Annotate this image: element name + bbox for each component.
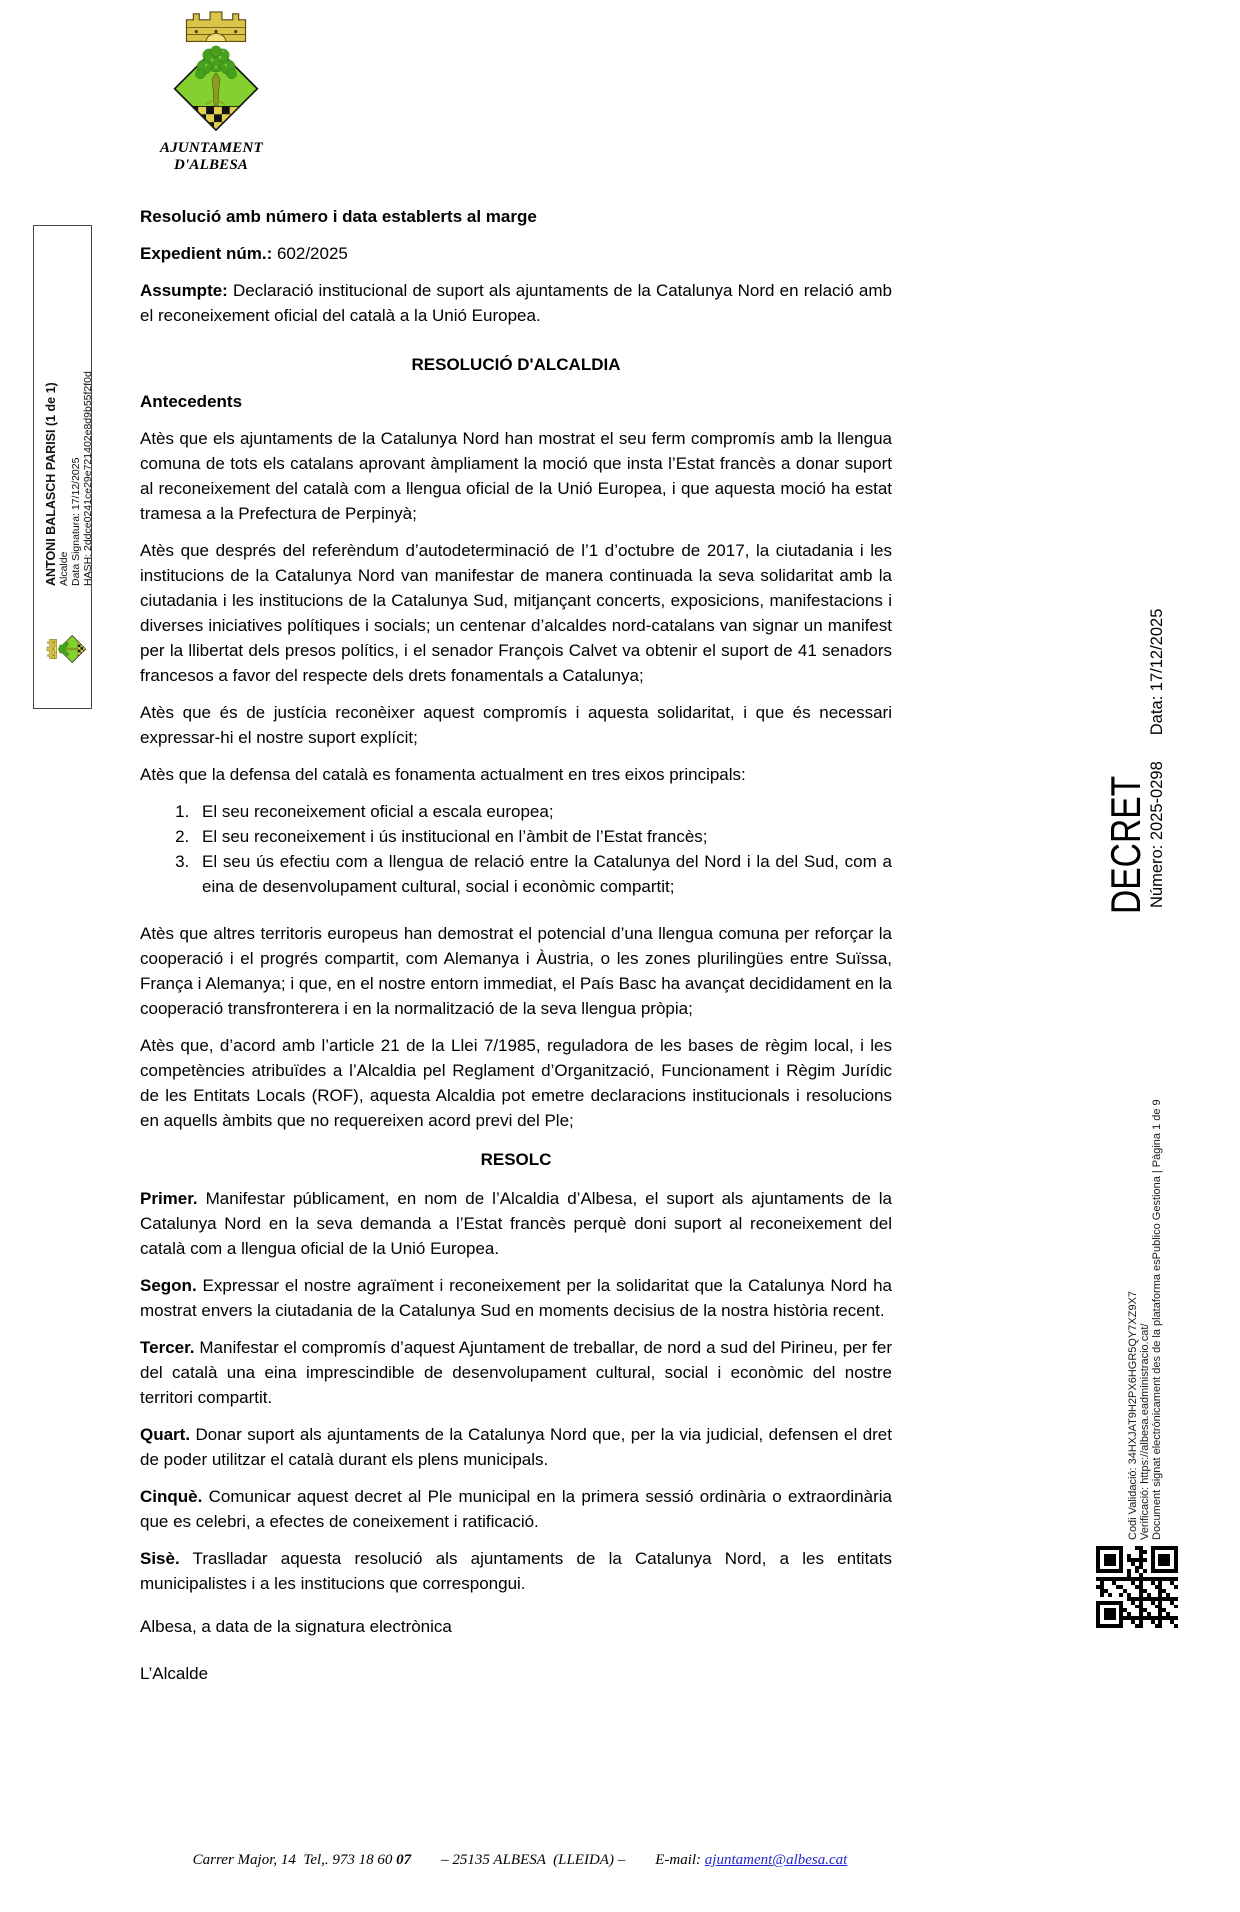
expedient-number: 602/2025 xyxy=(277,244,348,263)
resolution-label: Segon. xyxy=(140,1276,197,1295)
resolution-cinque: Cinquè. Comunicar aquest decret al Ple m… xyxy=(140,1484,892,1534)
list-item: El seu ús efectiu com a llengua de relac… xyxy=(194,849,892,899)
paragraph-ates-1: Atès que els ajuntaments de la Catalunya… xyxy=(140,426,892,526)
resolution-label: Sisè. xyxy=(140,1549,180,1568)
validation-block: Codi Validació: 34HXJAT9H2PX6HGR5QY7XZ9X… xyxy=(1128,820,1166,1540)
resolution-text: Donar suport als ajuntaments de la Catal… xyxy=(140,1425,892,1469)
paragraph-ates-2: Atès que després del referèndum d’autode… xyxy=(140,538,892,688)
resolution-text: Expressar el nostre agraïment i reconeix… xyxy=(140,1276,892,1320)
expedient-line: Expedient núm.: 602/2025 xyxy=(140,241,892,266)
resolution-label: Quart. xyxy=(140,1425,190,1444)
decret-date: Data: 17/12/2025 xyxy=(1148,609,1168,736)
header-block: Resolució amb número i data establerts a… xyxy=(140,204,892,328)
resolution-text: Manifestar el compromís d’aquest Ajuntam… xyxy=(140,1338,892,1407)
resolution-label: Tercer. xyxy=(140,1338,195,1357)
footer-email-label: E-mail: xyxy=(655,1852,705,1868)
eixos-list: El seu reconeixement oficial a escala eu… xyxy=(164,799,892,899)
resolc-heading: RESOLC xyxy=(140,1147,892,1172)
margin-note: Resolució amb número i data establerts a… xyxy=(140,204,892,229)
footer-address: Carrer Major, 14 Tel,. 973 18 60 07 xyxy=(193,1852,412,1869)
resolution-segon: Segon. Expressar el nostre agraïment i r… xyxy=(140,1273,892,1323)
verification-url: Verificació: https://albesa.eadministrac… xyxy=(1140,820,1152,1540)
resolution-label: Primer. xyxy=(140,1189,198,1208)
albesa-coat-of-arms-icon xyxy=(166,6,266,134)
municipality-name-line1: AJUNTAMENT xyxy=(160,140,300,157)
qr-code xyxy=(1096,1546,1178,1628)
subject-text: Declaració institucional de suport als a… xyxy=(140,281,892,325)
paragraph-ates-5: Atès que altres territoris europeus han … xyxy=(140,921,892,1021)
resolution-primer: Primer. Manifestar públicament, en nom d… xyxy=(140,1186,892,1261)
signature-coat-of-arms-icon xyxy=(45,626,87,672)
footer-email: E-mail: ajuntament@albesa.cat xyxy=(655,1852,847,1869)
resolution-text: Manifestar públicament, en nom de l’Alca… xyxy=(140,1189,892,1258)
resolution-title: RESOLUCIÓ D'ALCALDIA xyxy=(140,352,892,377)
footer-email-link[interactable]: ajuntament@albesa.cat xyxy=(705,1852,848,1868)
signature-margin-text: ANTONI BALASCH PARISI (1 de 1) Alcalde D… xyxy=(44,230,92,586)
municipality-name-line2: D'ALBESA xyxy=(174,157,300,174)
closing-place: Albesa, a data de la signatura electròni… xyxy=(140,1614,892,1639)
signature-date: Data Signatura: 17/12/2025 xyxy=(70,230,82,586)
subject-label: Assumpte: xyxy=(140,281,228,300)
resolution-text: Traslladar aquesta resolució als ajuntam… xyxy=(140,1549,892,1593)
antecedents-heading: Antecedents xyxy=(140,389,892,414)
paragraph-ates-3: Atès que és de justícia reconèixer aques… xyxy=(140,700,892,750)
subject-line: Assumpte: Declaració institucional de su… xyxy=(140,278,892,328)
signer-role: Alcalde xyxy=(58,230,70,586)
list-item: El seu reconeixement i ús institucional … xyxy=(194,824,892,849)
municipality-name: AJUNTAMENT D'ALBESA xyxy=(160,140,300,174)
resolution-text: Comunicar aquest decret al Ple municipal… xyxy=(140,1487,892,1531)
footer: Carrer Major, 14 Tel,. 973 18 60 07 – 25… xyxy=(140,1852,900,1869)
expedient-label: Expedient núm.: xyxy=(140,244,272,263)
footer-location: – 25135 ALBESA (LLEIDA) – xyxy=(441,1852,625,1869)
paragraph-ates-4: Atès que la defensa del català es foname… xyxy=(140,762,892,787)
resolution-tercer: Tercer. Manifestar el compromís d’aquest… xyxy=(140,1335,892,1410)
closing-signature: L’Alcalde xyxy=(140,1661,892,1686)
paragraph-ates-6: Atès que, d’acord amb l’article 21 de la… xyxy=(140,1033,892,1133)
resolution-quart: Quart. Donar suport als ajuntaments de l… xyxy=(140,1422,892,1472)
resolution-label: Cinquè. xyxy=(140,1487,202,1506)
signed-note: Document signat electrònicament des de l… xyxy=(1152,820,1164,1540)
signer-name: ANTONI BALASCH PARISI (1 de 1) xyxy=(44,230,58,586)
signature-hash: HASH: 2ddce0241ce29e721402e8d9b55f2f0d xyxy=(82,230,94,586)
list-item: El seu reconeixement oficial a escala eu… xyxy=(194,799,892,824)
document-body: Resolució amb número i data establerts a… xyxy=(140,204,892,1698)
resolution-sise: Sisè. Traslladar aquesta resolució als a… xyxy=(140,1546,892,1596)
